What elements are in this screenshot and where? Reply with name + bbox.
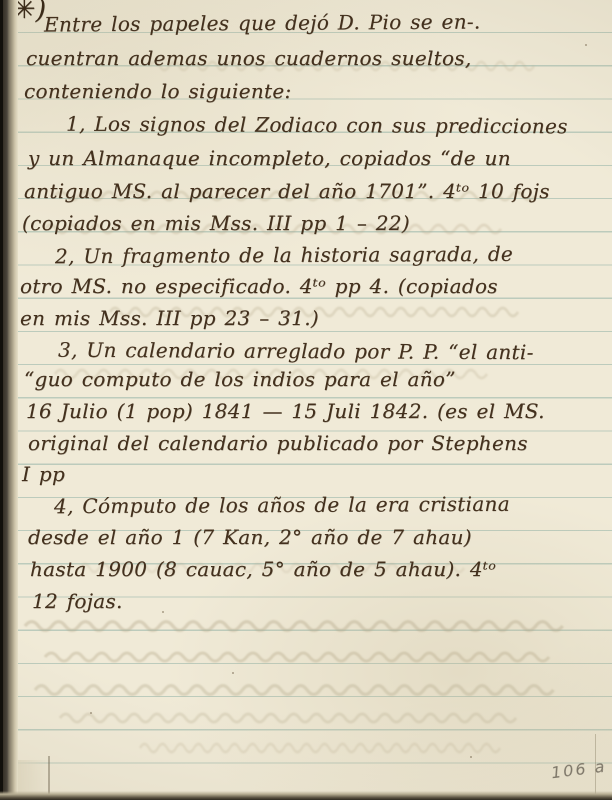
manuscript-line: 16 Julio (1 pop) 1841 — 15 Juli 1842. (e… [26, 398, 545, 424]
paper-speck [162, 611, 164, 613]
manuscript-line: “guo computo de los indios para el año” [24, 366, 456, 392]
manuscript-line: (copiados en mis Mss. III pp 1 – 22) [22, 210, 410, 236]
manuscript-line: Entre los papeles que dejó D. Pio se en-… [44, 8, 481, 37]
manuscript-line: I pp [22, 461, 65, 487]
paper-speck [470, 756, 472, 758]
manuscript-line: conteniendo lo siguiente: [24, 78, 292, 104]
manuscript-page-scan: ✳) Entre los papeles que dejó D. Pio se … [0, 0, 612, 800]
bottom-page-edge [0, 791, 612, 800]
manuscript-line: 12 fojas. [32, 588, 123, 614]
manuscript-line: cuentran ademas unos cuadernos sueltos, [26, 45, 472, 71]
paper-speck [585, 44, 587, 46]
manuscript-line: otro MS. no especificado. 4ᵗᵒ pp 4. (cop… [20, 273, 498, 299]
manuscript-line: 2, Un fragmento de la historia sagrada, … [55, 241, 513, 269]
manuscript-line: en mis Mss. III pp 23 – 31.) [20, 305, 319, 331]
manuscript-line: y un Almanaque incompleto, copiados “de … [28, 145, 511, 171]
manuscript-line: 1, Los signos del Zodiaco con sus predic… [66, 111, 568, 140]
manuscript-line: original del calendario publicado por St… [28, 430, 528, 456]
paper-speck [232, 672, 234, 674]
manuscript-line: 4, Cómputo de los años de la era cristia… [54, 491, 510, 519]
paper-speck [90, 712, 92, 714]
binding-gutter-edge [0, 0, 18, 800]
manuscript-line: desde el año 1 (7 Kan, 2° año de 7 ahau) [28, 524, 472, 550]
manuscript-line: antiguo MS. al parecer del año 1701”. 4ᵗ… [24, 178, 550, 204]
manuscript-line: 3, Un calendario arreglado por P. P. “el… [58, 337, 534, 365]
manuscript-line: hasta 1900 (8 cauac, 5° año de 5 ahau). … [30, 556, 496, 582]
